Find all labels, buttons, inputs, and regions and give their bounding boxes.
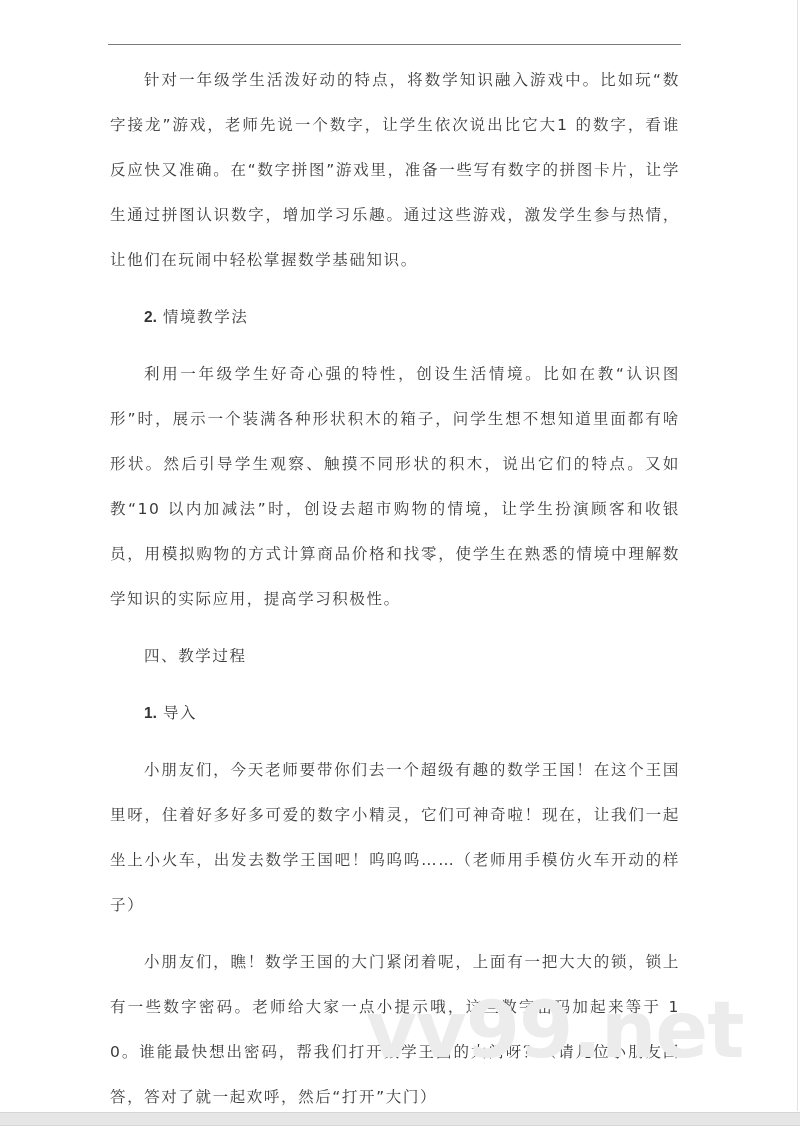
document-body: 针对一年级学生活泼好动的特点，将数学知识融入游戏中。比如玩“数字接龙”游戏，老师…: [110, 58, 680, 1132]
watermark: vv99.net: [366, 992, 744, 1070]
paragraph-game-teaching: 针对一年级学生活泼好动的特点，将数学知识融入游戏中。比如玩“数字接龙”游戏，老师…: [110, 58, 680, 283]
heading-text: 情境教学法: [163, 308, 249, 326]
heading-number: 1.: [144, 705, 157, 722]
paragraph-situational-teaching: 利用一年级学生好奇心强的特性，创设生活情境。比如在教“认识图形”时，展示一个装满…: [110, 352, 680, 622]
heading-situational-teaching: 2.情境教学法: [110, 295, 680, 340]
next-page-top: [0, 1126, 800, 1137]
heading-introduction: 1.导入: [110, 691, 680, 736]
heading-teaching-process: 四、教学过程: [110, 634, 680, 679]
document-page: 针对一年级学生活泼好动的特点，将数学知识融入游戏中。比如玩“数字接龙”游戏，老师…: [0, 0, 798, 1111]
heading-number: 2.: [144, 309, 157, 326]
header-rule: [108, 44, 681, 45]
page-separator: [0, 1112, 800, 1126]
heading-text: 四、教学过程: [144, 647, 247, 665]
paragraph-intro-train: 小朋友们，今天老师要带你们去一个超级有趣的数学王国！在这个王国里呀，住着好多好多…: [110, 748, 680, 928]
heading-text: 导入: [163, 704, 197, 722]
